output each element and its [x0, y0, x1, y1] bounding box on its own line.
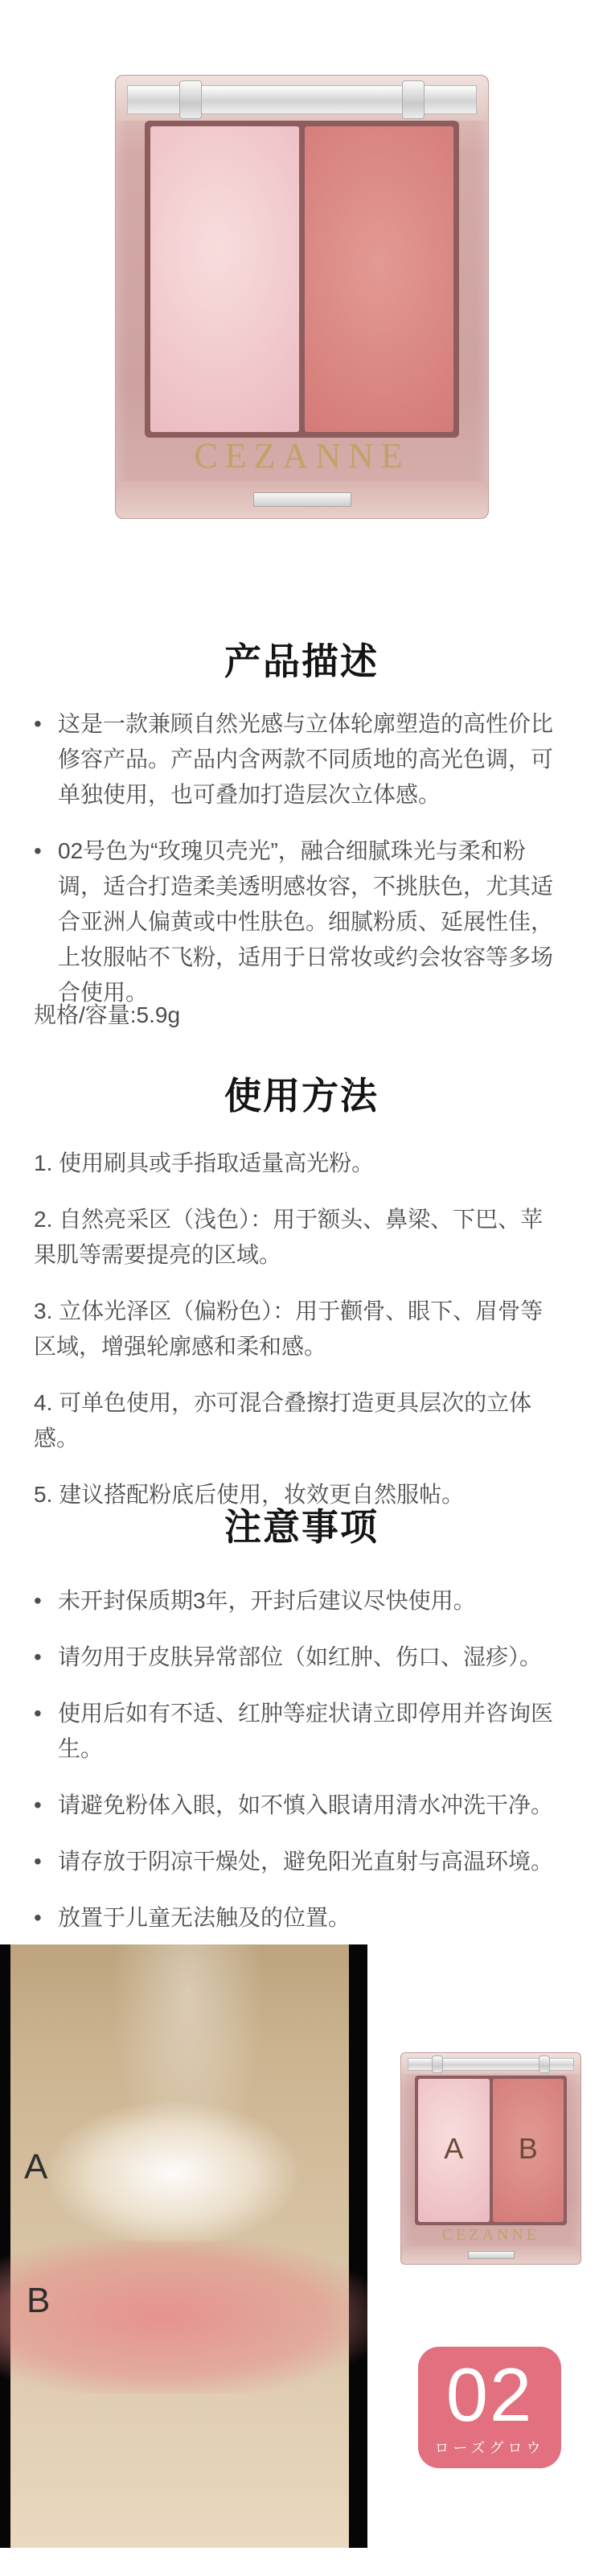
bullet-marker: •	[34, 1583, 58, 1619]
shade-name: ローズグロウ	[418, 2437, 561, 2458]
description-bullet-item: • 02号色为“玫瑰贝壳光”，融合细腻珠光与柔和粉调，适合打造柔美透明感妆容，不…	[34, 833, 564, 1010]
mini-palette-case: A B CEZANNE	[400, 2052, 581, 2265]
powder-pans	[145, 121, 459, 438]
brand-logo-text: CEZANNE	[116, 435, 488, 476]
notice-bullet-item: • 请勿用于皮肤异常部位（如红肿、伤口、湿疹）。	[34, 1640, 564, 1675]
description-bullet-text: 02号色为“玫瑰贝壳光”，融合细腻珠光与柔和粉调，适合打造柔美透明感妆容，不挑肤…	[58, 833, 564, 1010]
mini-brand-logo-text: CEZANNE	[401, 2226, 580, 2245]
notice-bullet-list: • 未开封保质期3年，开封后建议尽快使用。 • 请勿用于皮肤异常部位（如红肿、伤…	[34, 1583, 564, 1957]
notice-bullet-text: 放置于儿童无法触及的位置。	[58, 1900, 564, 1936]
swatch-a-label: A	[24, 2147, 47, 2187]
product-detail-page: CEZANNE 产品描述 • 这是一款兼顾自然光感与立体轮廓塑造的高性价比修容产…	[0, 0, 603, 2576]
notice-bullet-text: 请存放于阴凉干燥处，避免阳光直射与高温环境。	[58, 1844, 564, 1879]
notice-bullet-item: • 请避免粉体入眼，如不慎入眼请用清水冲洗干净。	[34, 1788, 564, 1823]
palette-case: CEZANNE	[115, 75, 489, 519]
highlight-pan-light	[150, 126, 299, 432]
swatch-a-shimmer	[48, 2101, 297, 2246]
description-bullet-list: • 这是一款兼顾自然光感与立体轮廓塑造的高性价比修容产品。产品内含两款不同质地的…	[34, 706, 564, 1031]
usage-step: 2. 自然亮采区（浅色）：用于额头、鼻梁、下巴、苹果肌等需要提亮的区域。	[34, 1202, 564, 1273]
mini-pan-b: B	[493, 2079, 564, 2222]
description-bullet-text: 这是一款兼顾自然光感与立体轮廓塑造的高性价比修容产品。产品内含两款不同质地的高光…	[58, 706, 564, 813]
bullet-marker: •	[34, 1640, 58, 1675]
mini-latch	[468, 2251, 515, 2259]
notice-bullet-text: 请避免粉体入眼，如不慎入眼请用清水冲洗干净。	[58, 1788, 564, 1823]
notice-bullet-item: • 未开封保质期3年，开封后建议尽快使用。	[34, 1583, 564, 1619]
usage-step: 3. 立体光泽区（偏粉色）：用于颧骨、眼下、眉骨等区域，增强轮廓感和柔和感。	[34, 1294, 564, 1364]
product-photo: CEZANNE	[115, 75, 489, 519]
pan-a-label: A	[418, 2132, 490, 2166]
mini-pan-a: A	[418, 2079, 490, 2222]
usage-steps-list: 1. 使用刷具或手指取适量高光粉。 2. 自然亮采区（浅色）：用于额头、鼻梁、下…	[34, 1146, 564, 1533]
bullet-marker: •	[34, 1900, 58, 1936]
usage-step: 4. 可单色使用，亦可混合叠擦打造更具层次的立体感。	[34, 1385, 564, 1456]
section-title-usage: 使用方法	[0, 1067, 603, 1120]
notice-bullet-item: • 使用后如有不适、红肿等症状请立即停用并咨询医生。	[34, 1696, 564, 1767]
hinge-clasp-left	[179, 80, 202, 119]
notice-bullet-item: • 请存放于阴凉干燥处，避免阳光直射与高温环境。	[34, 1844, 564, 1879]
usage-step: 1. 使用刷具或手指取适量高光粉。	[34, 1146, 564, 1181]
mini-product-photo: A B CEZANNE	[400, 2052, 581, 2265]
swatch-b-label: B	[27, 2281, 50, 2321]
notice-bullet-text: 请勿用于皮肤异常部位（如红肿、伤口、湿疹）。	[58, 1640, 564, 1675]
spec-capacity-line: 规格/容量:5.9g	[34, 998, 564, 1033]
section-title-description: 产品描述	[0, 632, 603, 685]
bullet-marker: •	[34, 1844, 58, 1879]
shade-number: 02	[418, 2355, 561, 2435]
latch	[253, 492, 351, 507]
shade-badge: 02 ローズグロウ	[418, 2347, 561, 2468]
pan-b-label: B	[493, 2132, 564, 2166]
section-title-notice: 注意事项	[0, 1498, 603, 1551]
mini-hinge-clasp-right	[539, 2055, 550, 2073]
bullet-marker: •	[34, 1788, 58, 1823]
mini-hinge-clasp-left	[432, 2055, 443, 2073]
hinge-clasp-right	[402, 80, 425, 119]
arm-swatch-photo: A B	[0, 1944, 367, 2548]
mini-powder-pans: A B	[415, 2076, 567, 2225]
bullet-marker: •	[34, 706, 58, 813]
notice-bullet-item: • 放置于儿童无法触及的位置。	[34, 1900, 564, 1936]
highlight-pan-rose	[305, 126, 453, 432]
notice-bullet-text: 使用后如有不适、红肿等症状请立即停用并咨询医生。	[58, 1696, 564, 1767]
bullet-marker: •	[34, 1696, 58, 1767]
notice-bullet-text: 未开封保质期3年，开封后建议尽快使用。	[58, 1583, 564, 1619]
description-bullet-item: • 这是一款兼顾自然光感与立体轮廓塑造的高性价比修容产品。产品内含两款不同质地的…	[34, 706, 564, 813]
bullet-marker: •	[34, 833, 58, 1010]
swatch-b-pink-band	[0, 2241, 367, 2393]
